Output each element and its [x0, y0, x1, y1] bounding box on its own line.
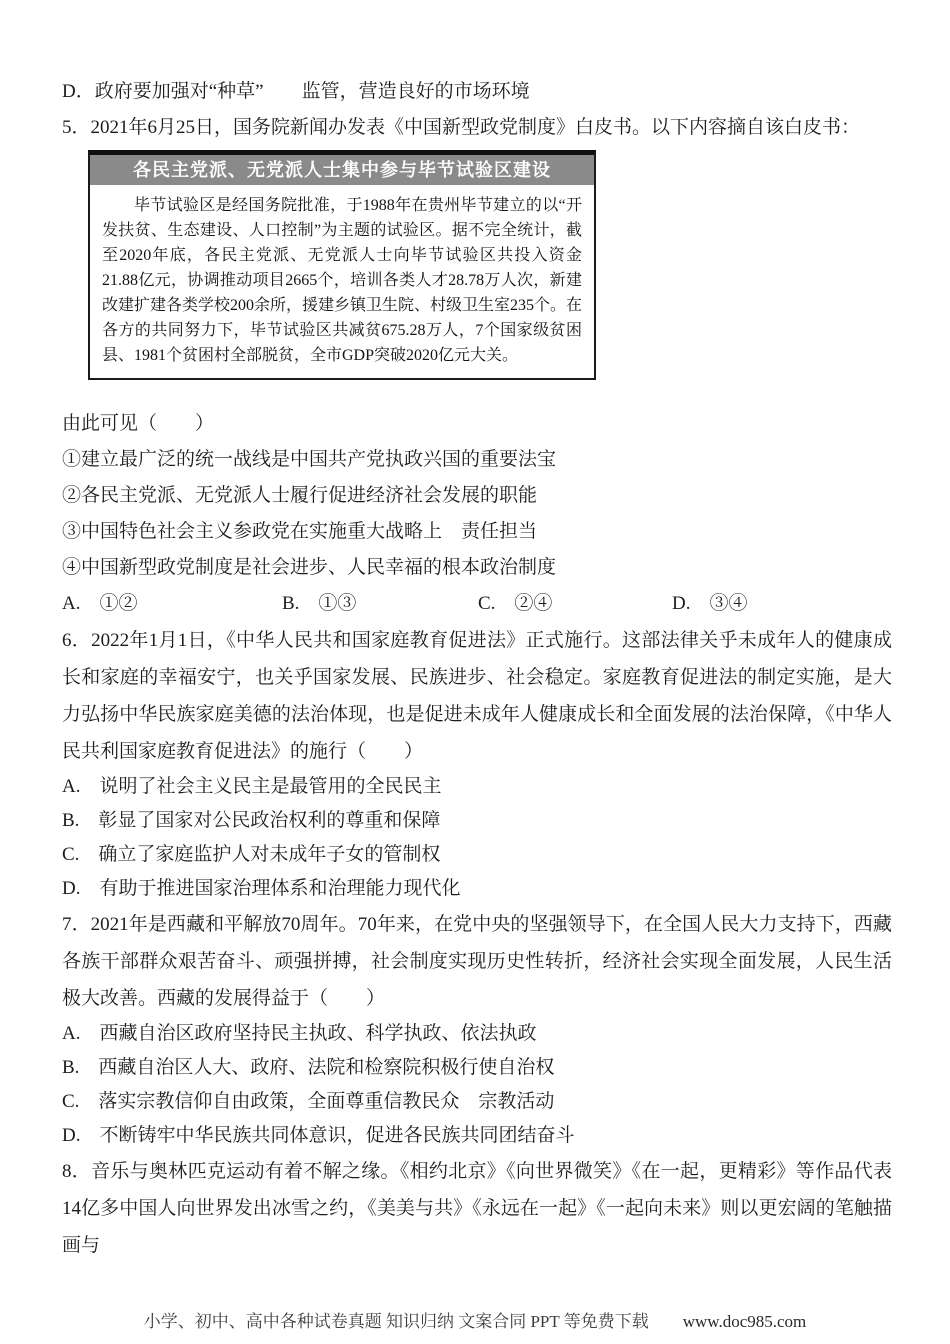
question-5-stem: 由此可见（ ）	[62, 406, 892, 442]
question-7-text: 7．2021年是西藏和平解放70周年。70年来，在党中央的坚强领导下，在全国人民…	[62, 906, 892, 1017]
page-footer: 小学、初中、高中各种试卷真题 知识归纳 文案合同 PPT 等免费下载www.do…	[0, 1310, 950, 1334]
question-5-choice-c: C. ②④	[478, 586, 672, 622]
footer-note: 小学、初中、高中各种试卷真题 知识归纳 文案合同 PPT 等免费下载	[144, 1312, 649, 1331]
question-5-statement-4: ④中国新型政党制度是社会进步、人民幸福的根本政治制度	[62, 550, 892, 586]
question-8-text: 8．音乐与奥林匹克运动有着不解之缘。《相约北京》《向世界微笑》《在一起，更精彩》…	[62, 1153, 892, 1264]
footer-url[interactable]: www.doc985.com	[683, 1312, 807, 1331]
question-5-statement-1: ①建立最广泛的统一战线是中国共产党执政兴国的重要法宝	[62, 442, 892, 478]
question-6-option-b: B. 彰显了国家对公民政治权利的尊重和保障	[62, 804, 892, 838]
question-5-statement-2: ②各民主党派、无党派人士履行促进经济社会发展的职能	[62, 478, 892, 514]
question-5-choice-b: B. ①③	[282, 586, 478, 622]
exam-content: D．政府要加强对“种草” 监管，营造良好的市场环境 5．2021年6月25日，国…	[0, 0, 950, 1264]
whitepaper-box-body: 毕节试验区是经国务院批准，于1988年在贵州毕节建立的以“开发扶贫、生态建设、人…	[90, 185, 594, 378]
question-7-option-c: C. 落实宗教信仰自由政策，全面尊重信教民众 宗教活动	[62, 1085, 892, 1119]
whitepaper-excerpt-box: 各民主党派、无党派人士集中参与毕节试验区建设 毕节试验区是经国务院批准，于198…	[88, 150, 596, 380]
question-5-choice-d: D. ③④	[672, 586, 892, 622]
question-5-choices-row: A. ①② B. ①③ C. ②④ D. ③④	[62, 586, 892, 622]
question-6-option-d: D. 有助于推进国家治理体系和治理能力现代化	[62, 872, 892, 906]
question-5-choice-a: A. ①②	[62, 586, 282, 622]
question-7-option-a: A. 西藏自治区政府坚持民主执政、科学执政、依法执政	[62, 1017, 892, 1051]
question-6-text: 6．2022年1月1日，《中华人民共和国家庭教育促进法》正式施行。这部法律关乎未…	[62, 622, 892, 770]
question-5-statement-3: ③中国特色社会主义参政党在实施重大战略上 责任担当	[62, 514, 892, 550]
carryover-option-d: D．政府要加强对“种草” 监管，营造良好的市场环境	[62, 74, 892, 110]
question-6-option-c: C. 确立了家庭监护人对未成年子女的管制权	[62, 838, 892, 872]
whitepaper-box-title: 各民主党派、无党派人士集中参与毕节试验区建设	[90, 155, 594, 185]
question-7-option-b: B. 西藏自治区人大、政府、法院和检察院积极行使自治权	[62, 1051, 892, 1085]
question-5-intro: 5．2021年6月25日，国务院新闻办发表《中国新型政党制度》白皮书。以下内容摘…	[62, 110, 892, 146]
question-6-option-a: A. 说明了社会主义民主是最管用的全民民主	[62, 770, 892, 804]
exam-page: D．政府要加强对“种草” 监管，营造良好的市场环境 5．2021年6月25日，国…	[0, 0, 950, 1344]
question-7-option-d: D. 不断铸牢中华民族共同体意识，促进各民族共同团结奋斗	[62, 1119, 892, 1153]
